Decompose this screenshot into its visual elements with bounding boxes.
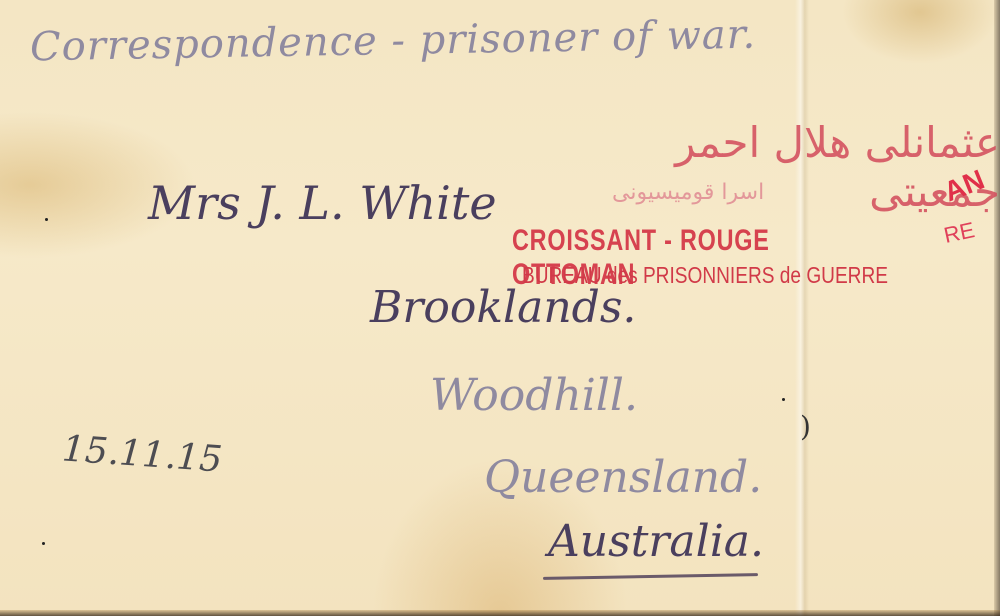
address-name: Mrs J. L. White (148, 176, 497, 230)
stamp-arabic-subtitle: اسرا قومیسیونی (612, 180, 764, 205)
address-underline (543, 573, 758, 580)
handwritten-date: 15.11.15 (61, 428, 224, 480)
envelope-edge-bottom (0, 610, 1000, 616)
address-line-3: Queensland. (484, 452, 762, 503)
header-note: Correspondence - prisoner of war. (30, 12, 757, 71)
ink-dot (45, 218, 48, 221)
envelope-fold (795, 0, 809, 616)
partial-stamp-line2: RE (942, 217, 977, 249)
address-line-4: Australia. (548, 516, 764, 567)
ink-dot (782, 398, 785, 401)
ink-mark: ) (800, 410, 811, 443)
address-line-1: Brooklands. (370, 282, 636, 333)
ink-dot (42, 542, 45, 545)
envelope-edge-right (994, 0, 1000, 616)
envelope: Correspondence - prisoner of war. عثمانل… (0, 0, 1000, 616)
address-line-2: Woodhill. (430, 370, 638, 421)
